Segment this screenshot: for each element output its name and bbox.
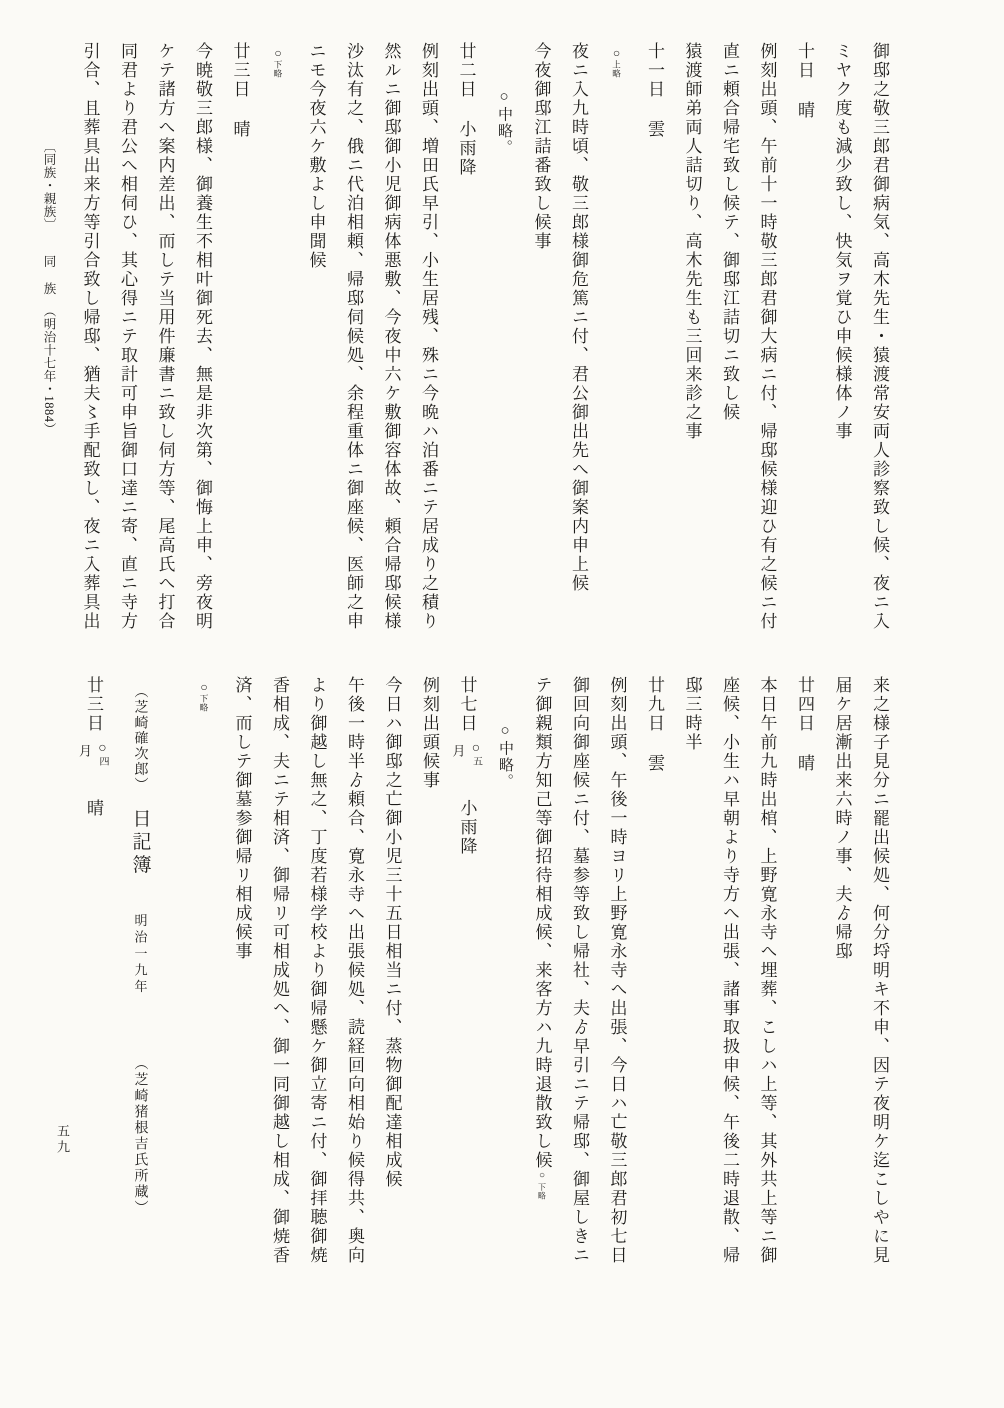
diary-entry-line: 直ニ頼合帰宅致し候テ、御邸江詰切ニ致し候 <box>711 42 749 640</box>
diary-entry-line: 同君より君公へ相伺ひ、其心得ニテ取計可申旨御口達ニ寄、直ニ寺方 <box>109 42 147 640</box>
diary-entry-line: 座候、小生ハ早朝より寺方へ出張、諸事取扱申候、午後二時退散、帰 <box>711 676 749 1276</box>
omission-marker-glyphs: ○上略 <box>608 46 627 78</box>
spacer <box>239 99 240 120</box>
weather-label: 晴 <box>84 799 103 818</box>
omission-marker-inline: ○下略 <box>533 1170 552 1200</box>
diary-author: （芝崎確次郎） <box>133 684 148 793</box>
diary-entry-line: ミヤク度も減少致し、快気ヲ覚ひ申候様体ノ事 <box>823 42 861 640</box>
page-number: 五九 <box>53 1124 72 1156</box>
diary-entry-line: 御回向御座候ニ付、墓参等致し帰社、夫ゟ早引ニテ帰邸、御屋しきニ <box>561 676 599 1276</box>
diary-entry-line: 例刻出頭、午後一時ヨリ上野寛永寺へ出張、今日ハ亡敬三郎君初七日 <box>598 676 636 1276</box>
spacer <box>139 996 140 1056</box>
entry-text: 今日ハ御邸之亡御小児三十五日相当ニ付、蒸物御配達相成候 <box>383 676 402 1189</box>
spacer <box>49 296 50 305</box>
entry-text: 済、而しテ御墓参御帰リ相成候事 <box>233 676 252 961</box>
calendar-note: 月○五 <box>450 741 484 787</box>
diary-entry-line: より御越し無之、丁度若様学校より御帰懸ケ御立寄ニ付、御拝聴御焼 <box>298 676 336 1276</box>
source-attribution: （芝崎確次郎）日記簿明治一九年（芝崎猪根吉氏所蔵） <box>121 676 159 1276</box>
date-label: 廿三日 <box>84 676 103 733</box>
diary-entry-line: 御邸之敬三郎君御病気、高木先生・猿渡常安両人診察致し候、夜ニ入 <box>861 42 899 640</box>
diary-date-heading: 十日晴 <box>786 42 824 640</box>
omission-label: 下略 <box>538 1183 547 1200</box>
diary-entry-line: 例刻出頭、増田氏早引、小生居残、殊ニ今晩ハ泊番ニテ居成り之積り <box>410 42 448 640</box>
spacer <box>466 787 467 799</box>
entry-text: 例刻出頭、午前十一時敬三郎君御大病ニ付、帰邸候様迎ひ有之候ニ付 <box>758 42 777 631</box>
date-label: 廿四日 <box>795 676 814 733</box>
weekday-note: 月 <box>451 741 466 757</box>
margin-section-label: 〔同族・親族〕同 族（明治十七年・1884） <box>40 140 58 660</box>
diary-date-heading: 廿九日雲 <box>636 676 674 1276</box>
entry-text: 直ニ頼合帰宅致し候テ、御邸江詰切ニ致し候 <box>720 42 739 422</box>
entry-text: 夜ニ入九時頃、敬三郎様御危篤ニ付、君公御出先へ御案内申上候 <box>569 42 588 593</box>
diary-entry-line: 邸三時半 <box>673 676 711 1276</box>
weather-label: 晴 <box>795 101 814 120</box>
spacer <box>465 99 466 120</box>
omission-label: 下略 <box>273 60 283 78</box>
diary-entry-line: 猿渡師弟両人詰切り、高木先生も三回来診之事 <box>673 42 711 640</box>
spacer <box>49 231 50 255</box>
diary-entry-line: 午後一時半ゟ頼合、寛永寺へ出張候処、読経回向相始り候得共、奥向 <box>336 676 374 1276</box>
entry-text: 御邸之敬三郎君御病気、高木先生・猿渡常安両人診察致し候、夜ニ入 <box>870 42 889 631</box>
entry-text: 今夜御邸江詰番致し候事 <box>532 42 551 251</box>
spacer <box>139 793 140 809</box>
spacer <box>654 99 655 120</box>
entry-text: 引合、且葬具出来方等引合致し帰邸、猶夫〻手配致し、夜ニ入葬具出 <box>81 42 100 631</box>
spacer <box>804 733 805 754</box>
date-label: 廿三日 <box>231 42 250 99</box>
diary-entry-line: 今暁敬三郎様、御養生不相叶御死去、無是非次第、御悔上申、旁夜明 <box>184 42 222 640</box>
entry-text: 然ルニ御邸御小児御病体悪敷、今夜中六ケ敷御容体故、頼合帰邸候様 <box>382 42 401 631</box>
circle-glyph: ○ <box>610 46 624 60</box>
diary-entry-line: 引合、且葬具出来方等引合致し帰邸、猶夫〻手配致し、夜ニ入葬具出 <box>71 42 109 640</box>
entry-text: 例刻出頭、午後一時ヨリ上野寛永寺へ出張、今日ハ亡敬三郎君初七日 <box>608 676 627 1265</box>
entry-text: 座候、小生ハ早朝より寺方へ出張、諸事取扱申候、午後二時退散、帰 <box>720 676 739 1265</box>
diary-entry-line: 届ケ居漸出来六時ノ事、夫ゟ帰邸 <box>823 676 861 1276</box>
diary-date-heading: 廿三日月○四晴 <box>75 676 113 1276</box>
spacer <box>654 733 655 754</box>
omission-marker: ○下略 <box>185 676 224 1276</box>
weather-label: 晴 <box>795 754 814 773</box>
diary-entry-line: 香相成、夫ニテ相済、御帰リ可相成処へ、御一同御越し相成、御焼香 <box>261 676 299 1276</box>
diary-entry-line: 沙汰有之、俄ニ代泊相頼、帰邸伺候処、余程重体ニ御座候、医師之申 <box>335 42 373 640</box>
diary-entry-line: 例刻出頭、午前十一時敬三郎君御大病ニ付、帰邸候様迎ひ有之候ニ付 <box>748 42 786 640</box>
omission-label: 上略 <box>612 60 622 78</box>
spacer <box>93 733 94 741</box>
weather-label: 晴 <box>231 120 250 139</box>
entry-text: 香相成、夫ニテ相済、御帰リ可相成処へ、御一同御越し相成、御焼香 <box>270 676 289 1265</box>
entry-text: 今暁敬三郎様、御養生不相叶御死去、無是非次第、御悔上申、旁夜明 <box>193 42 212 631</box>
diary-entry-line: 本日午前九時出棺、上野寛永寺へ埋葬、こしハ上等、其外共上等ニ御 <box>748 676 786 1276</box>
entry-text: 例刻出頭、増田氏早引、小生居残、殊ニ今晩ハ泊番ニテ居成り之積り <box>419 42 438 631</box>
section-category-label: 〔同族・親族〕 <box>42 140 56 231</box>
diary-era-year: 明治一九年 <box>133 914 148 997</box>
diary-entry-line: テ御親類方知己等御招待相成候、来客方ハ九時退散致し候○下略 <box>523 676 561 1276</box>
diary-block-top: 御邸之敬三郎君御病気、高木先生・猿渡常安両人診察致し候、夜ニ入ミヤク度も減少致し… <box>71 42 898 640</box>
diary-owner: （芝崎猪根吉氏所蔵） <box>133 1056 148 1216</box>
spacer <box>93 787 94 799</box>
diary-entry-line: 今夜御邸江詰番致し候事 <box>522 42 560 640</box>
lunar-day-number: 五 <box>471 756 482 766</box>
entry-text: 例刻出頭候事 <box>420 676 439 790</box>
weather-label: 小雨降 <box>458 799 477 856</box>
diary-date-heading: 廿二日小雨降 <box>447 42 485 640</box>
entry-text: 沙汰有之、俄ニ代泊相頼、帰邸伺候処、余程重体ニ御座候、医師之申 <box>344 42 363 631</box>
omission-marker-glyphs: ○下略 <box>269 46 288 78</box>
entry-text: ミヤク度も減少致し、快気ヲ覚ひ申候様体ノ事 <box>833 42 852 441</box>
weather-label: 小雨降 <box>457 120 476 177</box>
lunar-date-note: ○四 <box>95 741 110 766</box>
section-edition-label: （明治十七年・1884） <box>42 305 56 436</box>
circle-glyph: ○ <box>537 1170 548 1183</box>
circle-glyph: ○ <box>469 741 484 756</box>
spacer <box>804 80 805 101</box>
section-group-label: 同 族 <box>42 255 56 296</box>
omission-label: 下略 <box>199 694 209 712</box>
diary-title: 日記簿 <box>130 809 151 878</box>
weekday-note: 月 <box>77 741 92 757</box>
omission-marker: ○中略。 <box>486 676 524 1276</box>
entry-text: 届ケ居漸出来六時ノ事、夫ゟ帰邸 <box>833 676 852 961</box>
entry-text: 本日午前九時出棺、上野寛永寺へ埋葬、こしハ上等、其外共上等ニ御 <box>758 676 777 1265</box>
omission-label: ○中略。 <box>496 89 512 156</box>
omission-marker-glyphs: ○下略 <box>195 680 214 712</box>
diary-date-heading: 廿七日月○五小雨降 <box>448 676 486 1276</box>
diary-block-bottom: 来之様子見分ニ罷出候処、何分埒明キ不申、因テ夜明ケ迄こしやに見届ケ居漸出来六時ノ… <box>75 676 899 1276</box>
diary-entry-line: ケテ諸方へ案内差出、而しテ当用件廉書ニ致し伺方等、尾高氏へ打合 <box>146 42 184 640</box>
diary-page: 〔同族・親族〕同 族（明治十七年・1884） 御邸之敬三郎君御病気、高木先生・猿… <box>0 0 1004 1408</box>
date-label: 廿九日 <box>645 676 664 733</box>
omission-label: ○中略。 <box>497 723 513 790</box>
entry-text: テ御親類方知己等御招待相成候、来客方ハ九時退散致し候 <box>533 676 552 1170</box>
entry-text: 同君より君公へ相伺ひ、其心得ニテ取計可申旨御口達ニ寄、直ニ寺方 <box>118 42 137 631</box>
entry-text: 御回向御座候ニ付、墓参等致し帰社、夫ゟ早引ニテ帰邸、御屋しきニ <box>570 676 589 1265</box>
entry-text: より御越し無之、丁度若様学校より御帰懸ケ御立寄ニ付、御拝聴御焼 <box>308 676 327 1265</box>
entry-text: 来之様子見分ニ罷出候処、何分埒明キ不申、因テ夜明ケ迄こしやに見 <box>870 676 889 1265</box>
calendar-note: 月○四 <box>76 741 110 787</box>
diary-entry-line: 例刻出頭候事 <box>411 676 449 1276</box>
diary-date-heading: 十一日雲 <box>636 42 674 640</box>
diary-entry-line: ニモ今夜六ケ敷よし申聞候 <box>297 42 335 640</box>
date-label: 十一日 <box>645 42 664 99</box>
diary-entry-line: 然ルニ御邸御小児御病体悪敷、今夜中六ケ敷御容体故、頼合帰邸候様 <box>372 42 410 640</box>
diary-entry-line: 来之様子見分ニ罷出候処、何分埒明キ不申、因テ夜明ケ迄こしやに見 <box>861 676 899 1276</box>
entry-text: 猿渡師弟両人詰切り、高木先生も三回来診之事 <box>683 42 702 441</box>
entry-text: 午後一時半ゟ頼合、寛永寺へ出張候処、読経回向相始り候得共、奥向 <box>345 676 364 1265</box>
circle-glyph: ○ <box>95 741 110 756</box>
entry-text: 邸三時半 <box>683 676 702 752</box>
omission-marker: ○下略 <box>259 42 298 640</box>
date-label: 廿二日 <box>457 42 476 99</box>
calendar-note-inner: 月○五 <box>451 741 484 787</box>
diary-entry-line: 済、而しテ御墓参御帰リ相成候事 <box>223 676 261 1276</box>
circle-glyph: ○ <box>271 46 285 60</box>
entry-text: ニモ今夜六ケ敷よし申聞候 <box>307 42 326 270</box>
date-label: 廿七日 <box>458 676 477 733</box>
spacer <box>466 733 467 741</box>
diary-entry-line: 夜ニ入九時頃、敬三郎様御危篤ニ付、君公御出先へ御案内申上候 <box>560 42 598 640</box>
diary-date-heading: 廿四日晴 <box>786 676 824 1276</box>
diary-entry-line: 今日ハ御邸之亡御小児三十五日相当ニ付、蒸物御配達相成候 <box>373 676 411 1276</box>
omission-marker: ○上略 <box>597 42 636 640</box>
calendar-note-inner: 月○四 <box>77 741 110 787</box>
lunar-day-number: 四 <box>97 756 108 766</box>
circle-glyph: ○ <box>197 680 211 694</box>
diary-date-heading: 廿三日晴 <box>221 42 259 640</box>
omission-marker: ○中略。 <box>485 42 523 640</box>
spacer <box>139 878 140 914</box>
weather-label: 雲 <box>645 120 664 139</box>
weather-label: 雲 <box>645 754 664 773</box>
entry-text: ケテ諸方へ案内差出、而しテ当用件廉書ニ致し伺方等、尾高氏へ打合 <box>156 42 175 631</box>
lunar-date-note: ○五 <box>469 741 484 766</box>
date-label: 十日 <box>795 42 814 80</box>
